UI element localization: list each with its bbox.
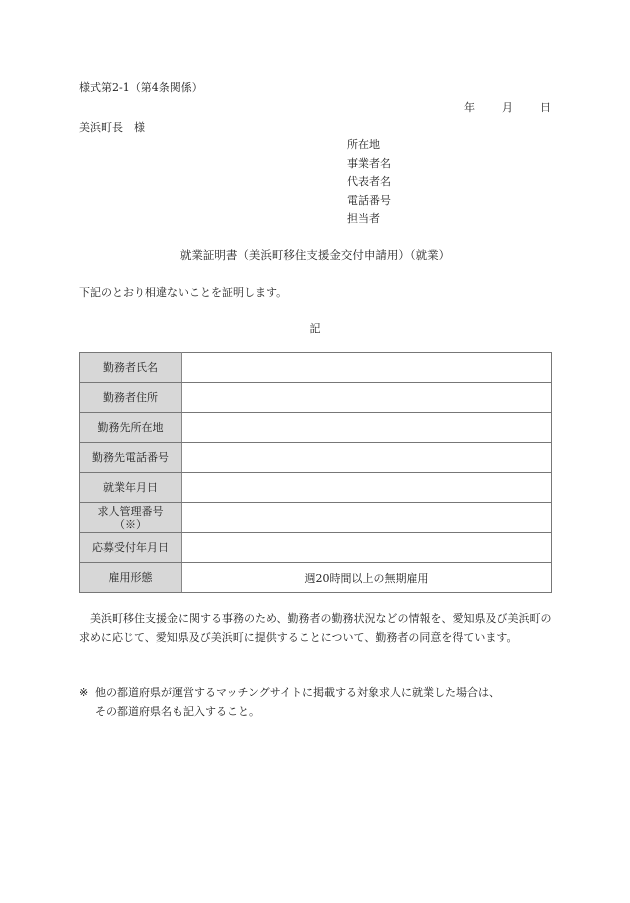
row-value-employment-date[interactable] <box>182 473 552 503</box>
table-row: 勤務先所在地 <box>80 413 552 443</box>
applicant-field-address: 所在地 <box>347 136 391 155</box>
date-line: 年月日 <box>464 101 551 115</box>
intro-text: 下記のとおり相違ないことを証明します。 <box>79 286 287 300</box>
note-line-2: その都道府県名も記入すること。 <box>79 702 500 721</box>
applicant-field-representative: 代表者名 <box>347 173 391 192</box>
date-year-label: 年 <box>464 101 502 115</box>
form-number: 様式第2-1（第4条関係） <box>79 81 203 95</box>
addressee: 美浜町長 様 <box>79 121 145 135</box>
applicant-block: 所在地 事業者名 代表者名 電話番号 担当者 <box>347 136 391 229</box>
table-row: 応募受付年月日 <box>80 533 552 563</box>
row-value-worker-address[interactable] <box>182 383 552 413</box>
applicant-field-phone: 電話番号 <box>347 192 391 211</box>
row-label-worker-address: 勤務者住所 <box>80 383 182 413</box>
row-label-employment-type: 雇用形態 <box>80 563 182 593</box>
row-label-workplace-address: 勤務先所在地 <box>80 413 182 443</box>
date-month-label: 月 <box>502 101 540 115</box>
date-day-label: 日 <box>540 101 551 115</box>
table-row: 勤務者氏名 <box>80 353 552 383</box>
applicant-field-contact-person: 担当者 <box>347 210 391 229</box>
row-label-job-id: 求人管理番号 （※） <box>80 503 182 533</box>
row-value-workplace-address[interactable] <box>182 413 552 443</box>
consent-text: 美浜町移住支援金に関する事務のため、勤務者の勤務状況などの情報を、愛知県及び美浜… <box>79 609 555 647</box>
table-row: 求人管理番号 （※） <box>80 503 552 533</box>
note-mark: ※ <box>79 683 95 702</box>
row-value-job-id[interactable] <box>182 503 552 533</box>
row-label-worker-name: 勤務者氏名 <box>80 353 182 383</box>
row-value-employment-type: 週20時間以上の無期雇用 <box>182 563 552 593</box>
row-value-worker-name[interactable] <box>182 353 552 383</box>
note: ※他の都道府県が運営するマッチングサイトに掲載する対象求人に就業した場合は、 そ… <box>79 683 500 721</box>
table-row: 雇用形態 週20時間以上の無期雇用 <box>80 563 552 593</box>
document-title: 就業証明書（美浜町移住支援金交付申請用）（就業） <box>0 248 630 262</box>
row-value-workplace-phone[interactable] <box>182 443 552 473</box>
ki-heading: 記 <box>0 322 630 336</box>
table-row: 就業年月日 <box>80 473 552 503</box>
row-label-application-date: 応募受付年月日 <box>80 533 182 563</box>
row-label-employment-date: 就業年月日 <box>80 473 182 503</box>
table-row: 勤務者住所 <box>80 383 552 413</box>
row-value-application-date[interactable] <box>182 533 552 563</box>
row-label-job-id-main: 求人管理番号 <box>80 505 181 518</box>
row-label-workplace-phone: 勤務先電話番号 <box>80 443 182 473</box>
note-line-1: ※他の都道府県が運営するマッチングサイトに掲載する対象求人に就業した場合は、 <box>79 683 500 702</box>
note-text-1: 他の都道府県が運営するマッチングサイトに掲載する対象求人に就業した場合は、 <box>95 686 500 699</box>
table-row: 勤務先電話番号 <box>80 443 552 473</box>
row-label-job-id-sub: （※） <box>80 518 181 531</box>
applicant-field-business-name: 事業者名 <box>347 155 391 174</box>
employment-table: 勤務者氏名 勤務者住所 勤務先所在地 勤務先電話番号 就業年月日 求人管理番号 … <box>79 352 552 593</box>
